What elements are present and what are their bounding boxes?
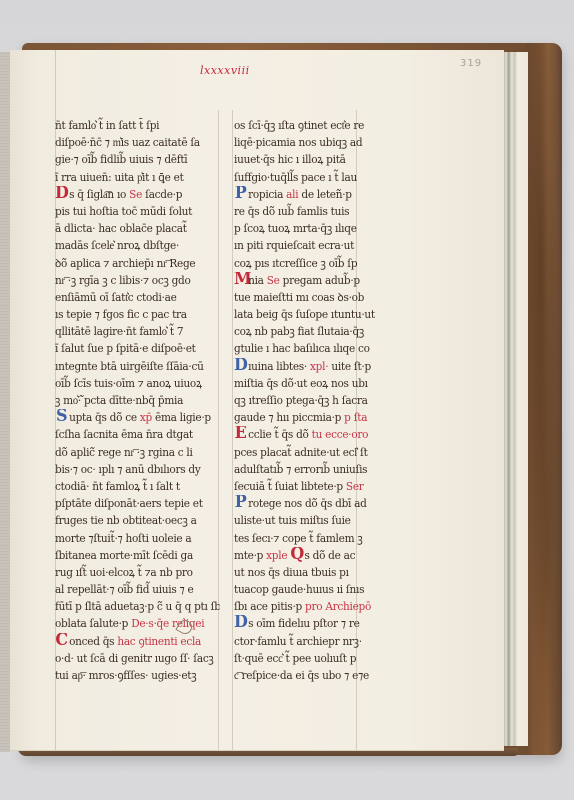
manuscript-line: nr͞ ·ꝫ rgīa ꝫ c libis·⁊ ocꝫ gdo <box>55 272 220 289</box>
line-text: ıuina libtes· <box>248 360 310 373</box>
manuscript-line: p ſcoꝝ tuoꝝ mrta·q̄ꝫ ılıqe <box>234 220 399 237</box>
manuscript-line: pſptāte diſponāt·aers tepie et <box>55 495 220 512</box>
line-text: ſbitanea morte·mīt ſcēdi ga <box>55 549 193 562</box>
decorated-initial: Q <box>290 547 303 561</box>
line-text: pces placat᷉ adnite·ut ecl͛ ſt <box>234 446 368 459</box>
manuscript-line: ꝫ mo͛· ᷉pcta dītte·nbq̄ p̄mia <box>55 392 220 409</box>
line-text: ctodiā· n̄t famloꝝ t᷉ ı ſalt t <box>55 480 180 493</box>
line-text: ſecuiā t᷉ ſuiat libtete·p <box>234 480 346 493</box>
manuscript-line: fruges tie nb obtiteat·oecꝫ a <box>55 512 220 529</box>
line-text: iuuet·q̄s hic ı illoꝝ pitā <box>234 153 346 166</box>
line-text: ın piti rquieſcait ecra·ut <box>234 239 354 252</box>
manuscript-line: fūtī p ſltā aduetaꝫ·p c᷉ u q̄ q ptı ſb <box>55 598 220 615</box>
line-text: upta q̄s do᷉ ce <box>69 411 140 424</box>
manuscript-photograph: 319 lxxxxviii n̄t famlo͛ t᷉ in ſatt t̄ ſ… <box>0 0 574 800</box>
line-text: rug ıſt᷉ uoi·elcoꝝ t᷉ ⁊a nb pro <box>55 566 193 579</box>
line-text: ſacde·p <box>145 188 182 201</box>
binding-fore-edge-board <box>526 43 562 755</box>
line-text: coꝝ nb pabꝫ fiat ſlutaia·q̄ꝫ <box>234 325 364 338</box>
rubric-text: p ſta <box>344 411 367 424</box>
manuscript-line: oblata ſalute·p De·s·q̄e reliqei <box>55 615 220 632</box>
manuscript-line: ſbitanea morte·mīt ſcēdi ga <box>55 547 220 564</box>
page-block-fore-edge <box>500 52 528 746</box>
manuscript-line: ꝺo᷉ aplica ⁊ archiep̄ı nr͞ Rege <box>55 255 220 272</box>
manuscript-line: c͞ reſpice·da ei q̄s ubo ⁊ e⁊e <box>234 667 399 684</box>
manuscript-line: ı̄ ſalut ſue p ſpitā·e diſpoē·et <box>55 340 220 357</box>
line-text: al repellāt·⁊ oīb᷉ fid᷉ uiuis ⁊ e <box>55 583 193 596</box>
line-text: liqē·picamia nos ubiqꝫ ad <box>234 136 362 149</box>
line-text: re q̄s do᷉ ıub᷉ famlis tuis <box>234 205 349 218</box>
line-text: ropicia <box>248 188 286 201</box>
manuscript-line: Ds q̄ ſigla͞n ıo Se ſacde·p <box>55 186 220 203</box>
line-text: qllitātē lagire·n̄t famlo͛ t᷉ 7 <box>55 325 183 338</box>
line-text: oīb᷉ ſcīs tuis·oīm ⁊ anoꝝ uiuoꝝ <box>55 377 202 390</box>
ruling-line <box>232 110 233 750</box>
line-text: ēma ligie·p <box>155 411 211 424</box>
manuscript-line: rug ıſt᷉ uoi·elcoꝝ t᷉ ⁊a nb pro <box>55 564 220 581</box>
manuscript-line: qllitātē lagire·n̄t famlo͛ t᷉ 7 <box>55 323 220 340</box>
line-text: adulſtatıb᷉ ⁊ errorıb᷉ uniuſis <box>234 463 367 476</box>
line-text: cclie t᷉ q̄s do᷉ <box>248 428 312 441</box>
manuscript-line: ſuffgio·tuq̄ll᷉s pace ı t᷉ lau <box>234 169 399 186</box>
manuscript-line: tuacop gaude·huıus ıi ſnıs <box>234 581 399 598</box>
line-text: lata beig q̄s ſuſope ıtuntu·ut <box>234 308 375 321</box>
manuscript-line: ā dlicta· hac oblac̄e placat᷉ <box>55 220 220 237</box>
rubric-text: De·s·q̄e reliqei <box>131 617 204 630</box>
manuscript-line: qꝫ ıtreſſio ptega·q̄ꝫ h ſacra <box>234 392 399 409</box>
manuscript-line: madās ſcele͛ nroꝝ dbſtge· <box>55 237 220 254</box>
rubric-text: xp̄ <box>140 411 155 424</box>
manuscript-line: ın piti rquieſcait ecra·ut <box>234 237 399 254</box>
line-text: madās ſcele͛ nroꝝ dbſtge· <box>55 239 179 252</box>
rubric-text: Se <box>267 274 283 287</box>
line-text: diſpoē·n̄c̄ ⁊ m͛is uaz caitatē ſa <box>55 136 200 149</box>
folio-number: 319 <box>460 58 482 69</box>
manuscript-line: Conced q̄s hac ꝯtinenti ecla <box>55 633 220 650</box>
decorated-initial: P <box>234 495 247 509</box>
manuscript-line: pis tui hoſtia toc̄ mūdi ſolut <box>55 203 220 220</box>
manuscript-line: enſiāmū oī ſatt͛c ctodi·ae <box>55 289 220 306</box>
rubric-text: Ser <box>346 480 364 493</box>
manuscript-line: ctor·famlu t᷉ archiepr nrꝫ· <box>234 633 399 650</box>
rubric-text: tu ecce·oro <box>312 428 369 441</box>
manuscript-line: do᷉ aplic᷉ rege nr͞ ·ꝫ rgina c li <box>55 444 220 461</box>
manuscript-line: liqē·picamia nos ubiqꝫ ad <box>234 134 399 151</box>
manuscript-line: ſbı ace pitis·p pro Archiepō <box>234 598 399 615</box>
line-text: ıs tepie ⁊ fgos fic c pac tra <box>55 308 187 321</box>
manuscript-line: diſpoē·n̄c̄ ⁊ m͛is uaz caitatē ſa <box>55 134 220 151</box>
manuscript-line: tue maieſtti mı coas ꝺs·ob <box>234 289 399 306</box>
decorated-initial: D <box>234 358 247 372</box>
line-text: o·d· ut ſcā di genitr ıugo ſſ· ſacꝫ <box>55 652 214 665</box>
manuscript-line: uliste·ut tuis miſtıs ſuie <box>234 512 399 529</box>
line-text: ā dlicta· hac oblac̄e placat᷉ <box>55 222 187 235</box>
line-text: tuacop gaude·huıus ıi ſnıs <box>234 583 364 596</box>
line-text: tui ap͞· mros·ꝯfſſes· ugies·etꝫ <box>55 669 196 682</box>
manuscript-line: mte·p xple Qs do᷉ de ac <box>234 547 399 564</box>
rubric-text: Se <box>129 188 145 201</box>
manuscript-line: Propicia ali de leten᷉·p <box>234 186 399 203</box>
manuscript-line: gaude ⁊ hıı piccmia·p p ſta <box>234 409 399 426</box>
decorated-initial: S <box>55 409 68 423</box>
line-text: ſt·quē ecc͛ t᷉ pee uolıuſt p <box>234 652 356 665</box>
line-text: ctor·famlu t᷉ archiepr nrꝫ· <box>234 635 362 648</box>
manuscript-line: Dıuina libtes· xpl· uite ſt·p <box>234 358 399 375</box>
line-text: n̄t famlo͛ t᷉ in ſatt t̄ ſpi <box>55 119 159 132</box>
line-text: enſiāmū oī ſatt͛c ctodi·ae <box>55 291 177 304</box>
preceding-leaves-edge <box>0 52 10 752</box>
line-text: oblata ſalute·p <box>55 617 131 630</box>
manuscript-line: n̄t famlo͛ t᷉ in ſatt t̄ ſpi <box>55 117 220 134</box>
line-text: gtulie ı hac baſılıca ılıqe co <box>234 342 370 355</box>
line-text: miſtia q̄s do᷉·ut eoꝝ nos ubı <box>234 377 368 390</box>
manuscript-line: gtulie ı hac baſılıca ılıqe co <box>234 340 399 357</box>
manuscript-line: Supta q̄s do᷉ ce xp̄ ēma ligie·p <box>55 409 220 426</box>
manuscript-line: ſcſha ſacnita ēma n̄ra dtgat <box>55 426 220 443</box>
manuscript-line: ut nos q̄s diuıa tbuis pı <box>234 564 399 581</box>
manuscript-line: re q̄s do᷉ ıub᷉ famlis tuis <box>234 203 399 220</box>
line-text: ſbı ace pitis·p <box>234 600 305 613</box>
line-text: ı̄ ſalut ſue p ſpitā·e diſpoē·et <box>55 342 196 355</box>
line-text: gie·⁊ oīb᷉ fidlib᷉ uiuis ⁊ dēftī <box>55 153 187 166</box>
line-text: ꝫ mo͛· ᷉pcta dītte·nbq̄ p̄mia <box>55 394 183 407</box>
line-text: uite ſt·p <box>331 360 371 373</box>
rubric-text: xple <box>266 549 290 562</box>
line-text: qꝫ ıtreſſio ptega·q̄ꝫ h ſacra <box>234 394 368 407</box>
manuscript-line: al repellāt·⁊ oīb᷉ fid᷉ uiuis ⁊ e <box>55 581 220 598</box>
line-text: pis tui hoſtia toc̄ mūdi ſolut <box>55 205 192 218</box>
manuscript-line: tes ſecı·⁊ cope t᷉ famlem ꝫ <box>234 530 399 547</box>
line-text: p ſcoꝝ tuoꝝ mrta·q̄ꝫ ılıqe <box>234 222 357 235</box>
line-text: ſuffgio·tuq̄ll᷉s pace ı t᷉ lau <box>234 171 357 184</box>
line-text: pregam adub᷉·p <box>283 274 360 287</box>
line-text: nr͞ ·ꝫ rgīa ꝫ c libis·⁊ ocꝫ gdo <box>55 274 191 287</box>
decorated-initial: C <box>55 633 68 647</box>
line-text: tes ſecı·⁊ cope t᷉ famlem ꝫ <box>234 532 362 545</box>
manuscript-line: Mnia Se pregam adub᷉·p <box>234 272 399 289</box>
rubric-text: xpl· <box>310 360 331 373</box>
line-text: coꝝ pıs ıtcreſſice ꝫ oīb᷉ ſp <box>234 257 357 270</box>
line-text: os ſcī·q̄ꝫ ıſta ꝯtinet ect͛e re <box>234 119 364 132</box>
line-text: morte ⁊ſtuit᷉·⁊ hoſti uoleie a <box>55 532 191 545</box>
rubric-text: hac ꝯtinenti ecla <box>117 635 201 648</box>
manuscript-line: morte ⁊ſtuit᷉·⁊ hoſti uoleie a <box>55 530 220 547</box>
manuscript-line: ıs tepie ⁊ fgos fic c pac tra <box>55 306 220 323</box>
line-text: onced q̄s <box>69 635 117 648</box>
manuscript-line: Ecclie t᷉ q̄s do᷉ tu ecce·oro <box>234 426 399 443</box>
manuscript-line: os ſcī·q̄ꝫ ıſta ꝯtinet ect͛e re <box>234 117 399 134</box>
manuscript-line: Protege nos do᷉ q̄s dbī ad <box>234 495 399 512</box>
running-head-rubric: lxxxxviii <box>200 64 250 77</box>
line-text: ı̄ rra uiuen̄: uita p͛it ı ꝗ̄e et <box>55 171 184 184</box>
manuscript-line: pces placat᷉ adnite·ut ecl͛ ſt <box>234 444 399 461</box>
decorated-initial: D <box>55 186 68 200</box>
line-text: do᷉ aplic᷉ rege nr͞ ·ꝫ rgina c li <box>55 446 193 459</box>
line-text: uliste·ut tuis miſtıs ſuie <box>234 514 351 527</box>
line-text: s q̄ ſigla͞n ıo <box>69 188 129 201</box>
manuscript-line: Ds oīm fidelıu pſtor ⁊ re <box>234 615 399 632</box>
rubric-text: pro Archiepō <box>305 600 371 613</box>
manuscript-line: iuuet·q̄s hic ı illoꝝ pitā <box>234 151 399 168</box>
manuscript-line: coꝝ nb pabꝫ fiat ſlutaia·q̄ꝫ <box>234 323 399 340</box>
line-text: ut nos q̄s diuıa tbuis pı <box>234 566 349 579</box>
manuscript-line: adulſtatıb᷉ ⁊ errorıb᷉ uniuſis <box>234 461 399 478</box>
line-text: mte·p <box>234 549 266 562</box>
manuscript-line: ı̄ rra uiuen̄: uita p͛it ı ꝗ̄e et <box>55 169 220 186</box>
manuscript-line: tui ap͞· mros·ꝯfſſes· ugies·etꝫ <box>55 667 220 684</box>
line-text: ꝺo᷉ aplica ⁊ archiep̄ı nr͞ Rege <box>55 257 195 270</box>
line-text: pſptāte diſponāt·aers tepie et <box>55 497 203 510</box>
line-text: bis·⁊ oc· ıplı ⁊ anū dbılıors dy <box>55 463 201 476</box>
line-text: s do᷉ de ac <box>304 549 355 562</box>
rubric-text: ali <box>286 188 301 201</box>
manuscript-line: miſtia q̄s do᷉·ut eoꝝ nos ubı <box>234 375 399 392</box>
line-text: fruges tie nb obtiteat·oecꝫ a <box>55 514 197 527</box>
manuscript-line: lata beig q̄s ſuſope ıtuntu·ut <box>234 306 399 323</box>
line-text: nia <box>248 274 267 287</box>
manuscript-line: ſecuiā t᷉ ſuiat libtete·p Ser <box>234 478 399 495</box>
line-text: ſcſha ſacnita ēma n̄ra dtgat <box>55 428 193 441</box>
decorated-initial: M <box>234 272 247 286</box>
line-text: ıntegnte btā uirgēiſte ſſāia·cū <box>55 360 204 373</box>
manuscript-line: oīb᷉ ſcīs tuis·oīm ⁊ anoꝝ uiuoꝝ <box>55 375 220 392</box>
text-column-right: os ſcī·q̄ꝫ ıſta ꝯtinet ect͛e re liqē·pic… <box>234 117 409 684</box>
manuscript-line: ctodiā· n̄t famloꝝ t᷉ ı ſalt t <box>55 478 220 495</box>
decorated-initial: P <box>234 186 247 200</box>
manuscript-line: bis·⁊ oc· ıplı ⁊ anū dbılıors dy <box>55 461 220 478</box>
text-column-left: n̄t famlo͛ t᷉ in ſatt t̄ ſpi diſpoē·n̄c̄… <box>55 117 230 684</box>
manuscript-line: o·d· ut ſcā di genitr ıugo ſſ· ſacꝫ <box>55 650 220 667</box>
line-text: s oīm fidelıu pſtor ⁊ re <box>248 617 359 630</box>
line-text: c͞ reſpice·da ei q̄s ubo ⁊ e⁊e <box>234 669 369 682</box>
manuscript-line: ſt·quē ecc͛ t᷉ pee uolıuſt p <box>234 650 399 667</box>
decorated-initial: D <box>234 615 247 629</box>
line-text: tue maieſtti mı coas ꝺs·ob <box>234 291 364 304</box>
manuscript-line: ıntegnte btā uirgēiſte ſſāia·cū <box>55 358 220 375</box>
manuscript-line: coꝝ pıs ıtcreſſice ꝫ oīb᷉ ſp <box>234 255 399 272</box>
decorated-initial: E <box>234 426 247 440</box>
line-text: de leten᷉·p <box>301 188 351 201</box>
line-text: rotege nos do᷉ q̄s dbī ad <box>248 497 367 510</box>
manuscript-line: gie·⁊ oīb᷉ fidlib᷉ uiuis ⁊ dēftī <box>55 151 220 168</box>
line-text: gaude ⁊ hıı piccmia·p <box>234 411 344 424</box>
line-text: fūtī p ſltā aduetaꝫ·p c᷉ u q̄ q ptı ſb <box>55 600 220 613</box>
